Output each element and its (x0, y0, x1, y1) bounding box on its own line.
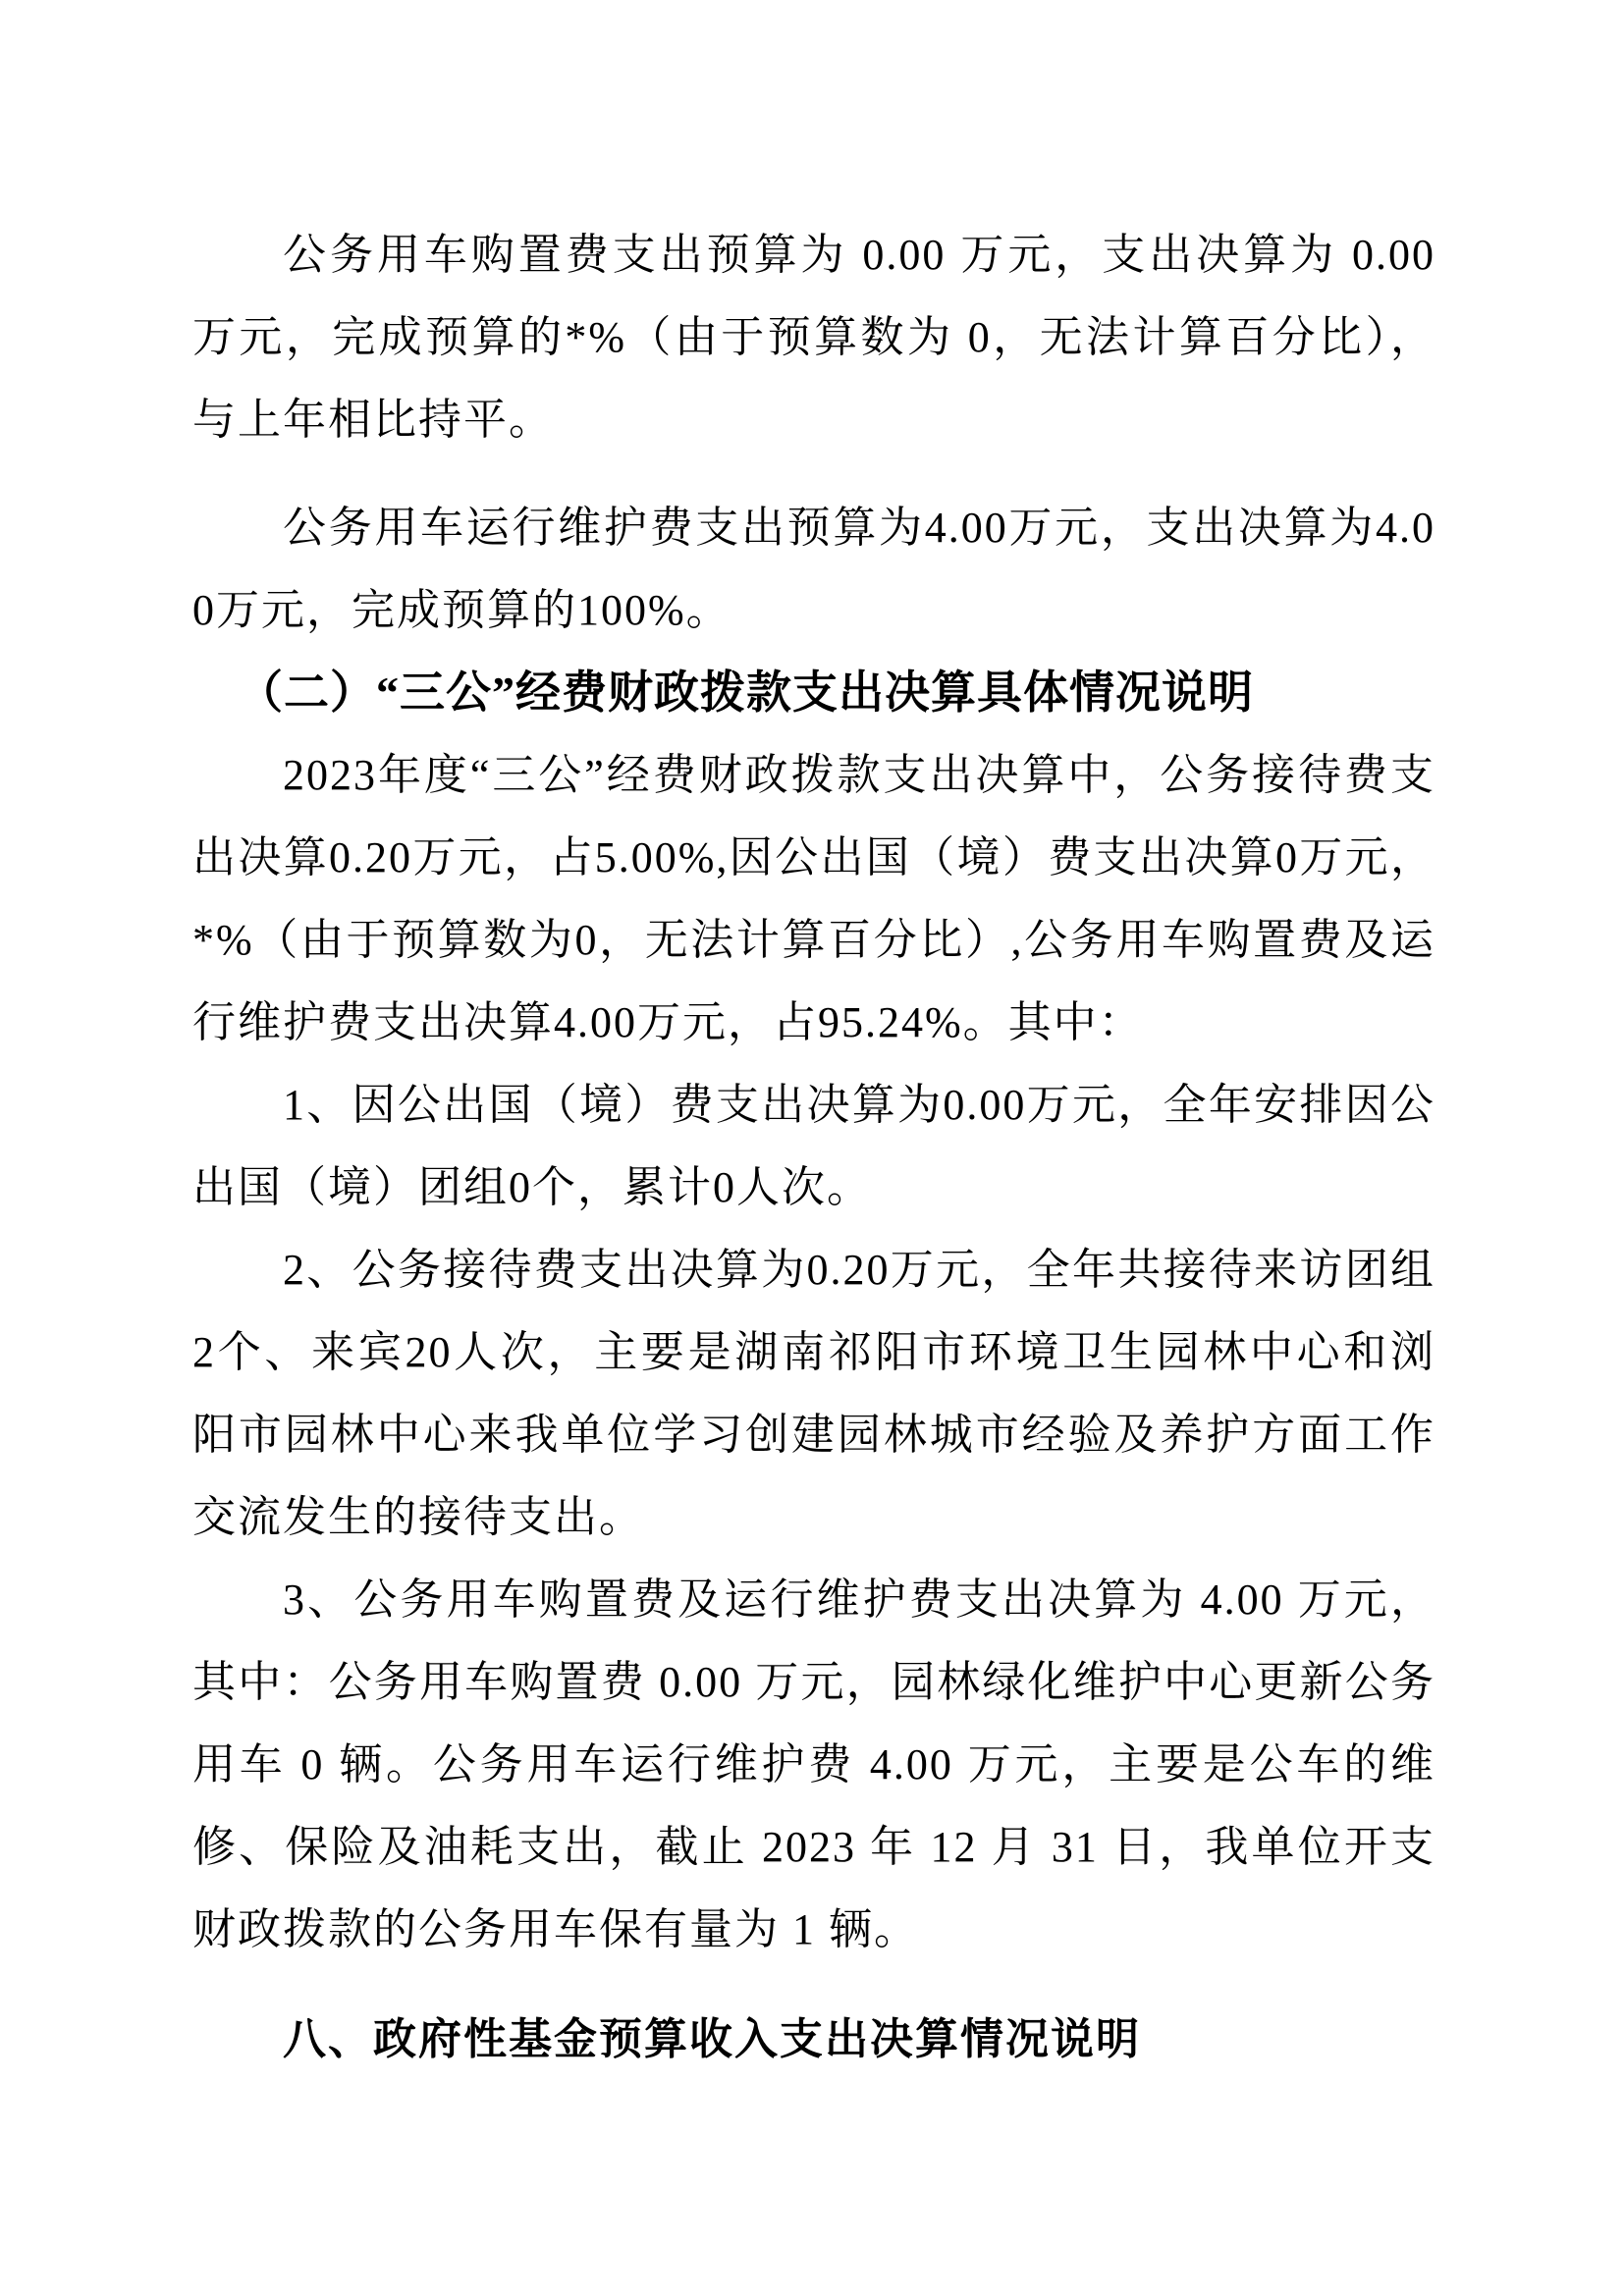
paragraph-vehicle-expense-detail: 3、公务用车购置费及运行维护费支出决算为 4.00 万元，其中：公务用车购置费 … (192, 1559, 1435, 1971)
heading-gov-fund-budget: 八、政府性基金预算收入支出决算情况说明 (192, 1999, 1435, 2081)
paragraph-vehicle-maintenance-budget: 公务用车运行维护费支出预算为4.00万元，支出决算为4.00万元，完成预算的10… (192, 487, 1435, 652)
paragraph-three-public-summary: 2023年度“三公”经费财政拨款支出决算中，公务接待费支出决算0.20万元，占5… (192, 734, 1435, 1064)
paragraph-abroad-expense: 1、因公出国（境）费支出决算为0.00万元，全年安排因公出国（境）团组0个，累计… (192, 1064, 1435, 1229)
paragraph-reception-expense: 2、公务接待费支出决算为0.20万元，全年共接待来访团组2个、来宾20人次，主要… (192, 1229, 1435, 1559)
document-page: 公务用车购置费支出预算为 0.00 万元，支出决算为 0.00 万元，完成预算的… (0, 0, 1624, 2296)
paragraph-vehicle-purchase-budget: 公务用车购置费支出预算为 0.00 万元，支出决算为 0.00 万元，完成预算的… (192, 214, 1435, 461)
heading-three-public-expense-detail: （二）“三公”经费财政拨款支出决算具体情况说明 (192, 652, 1435, 734)
